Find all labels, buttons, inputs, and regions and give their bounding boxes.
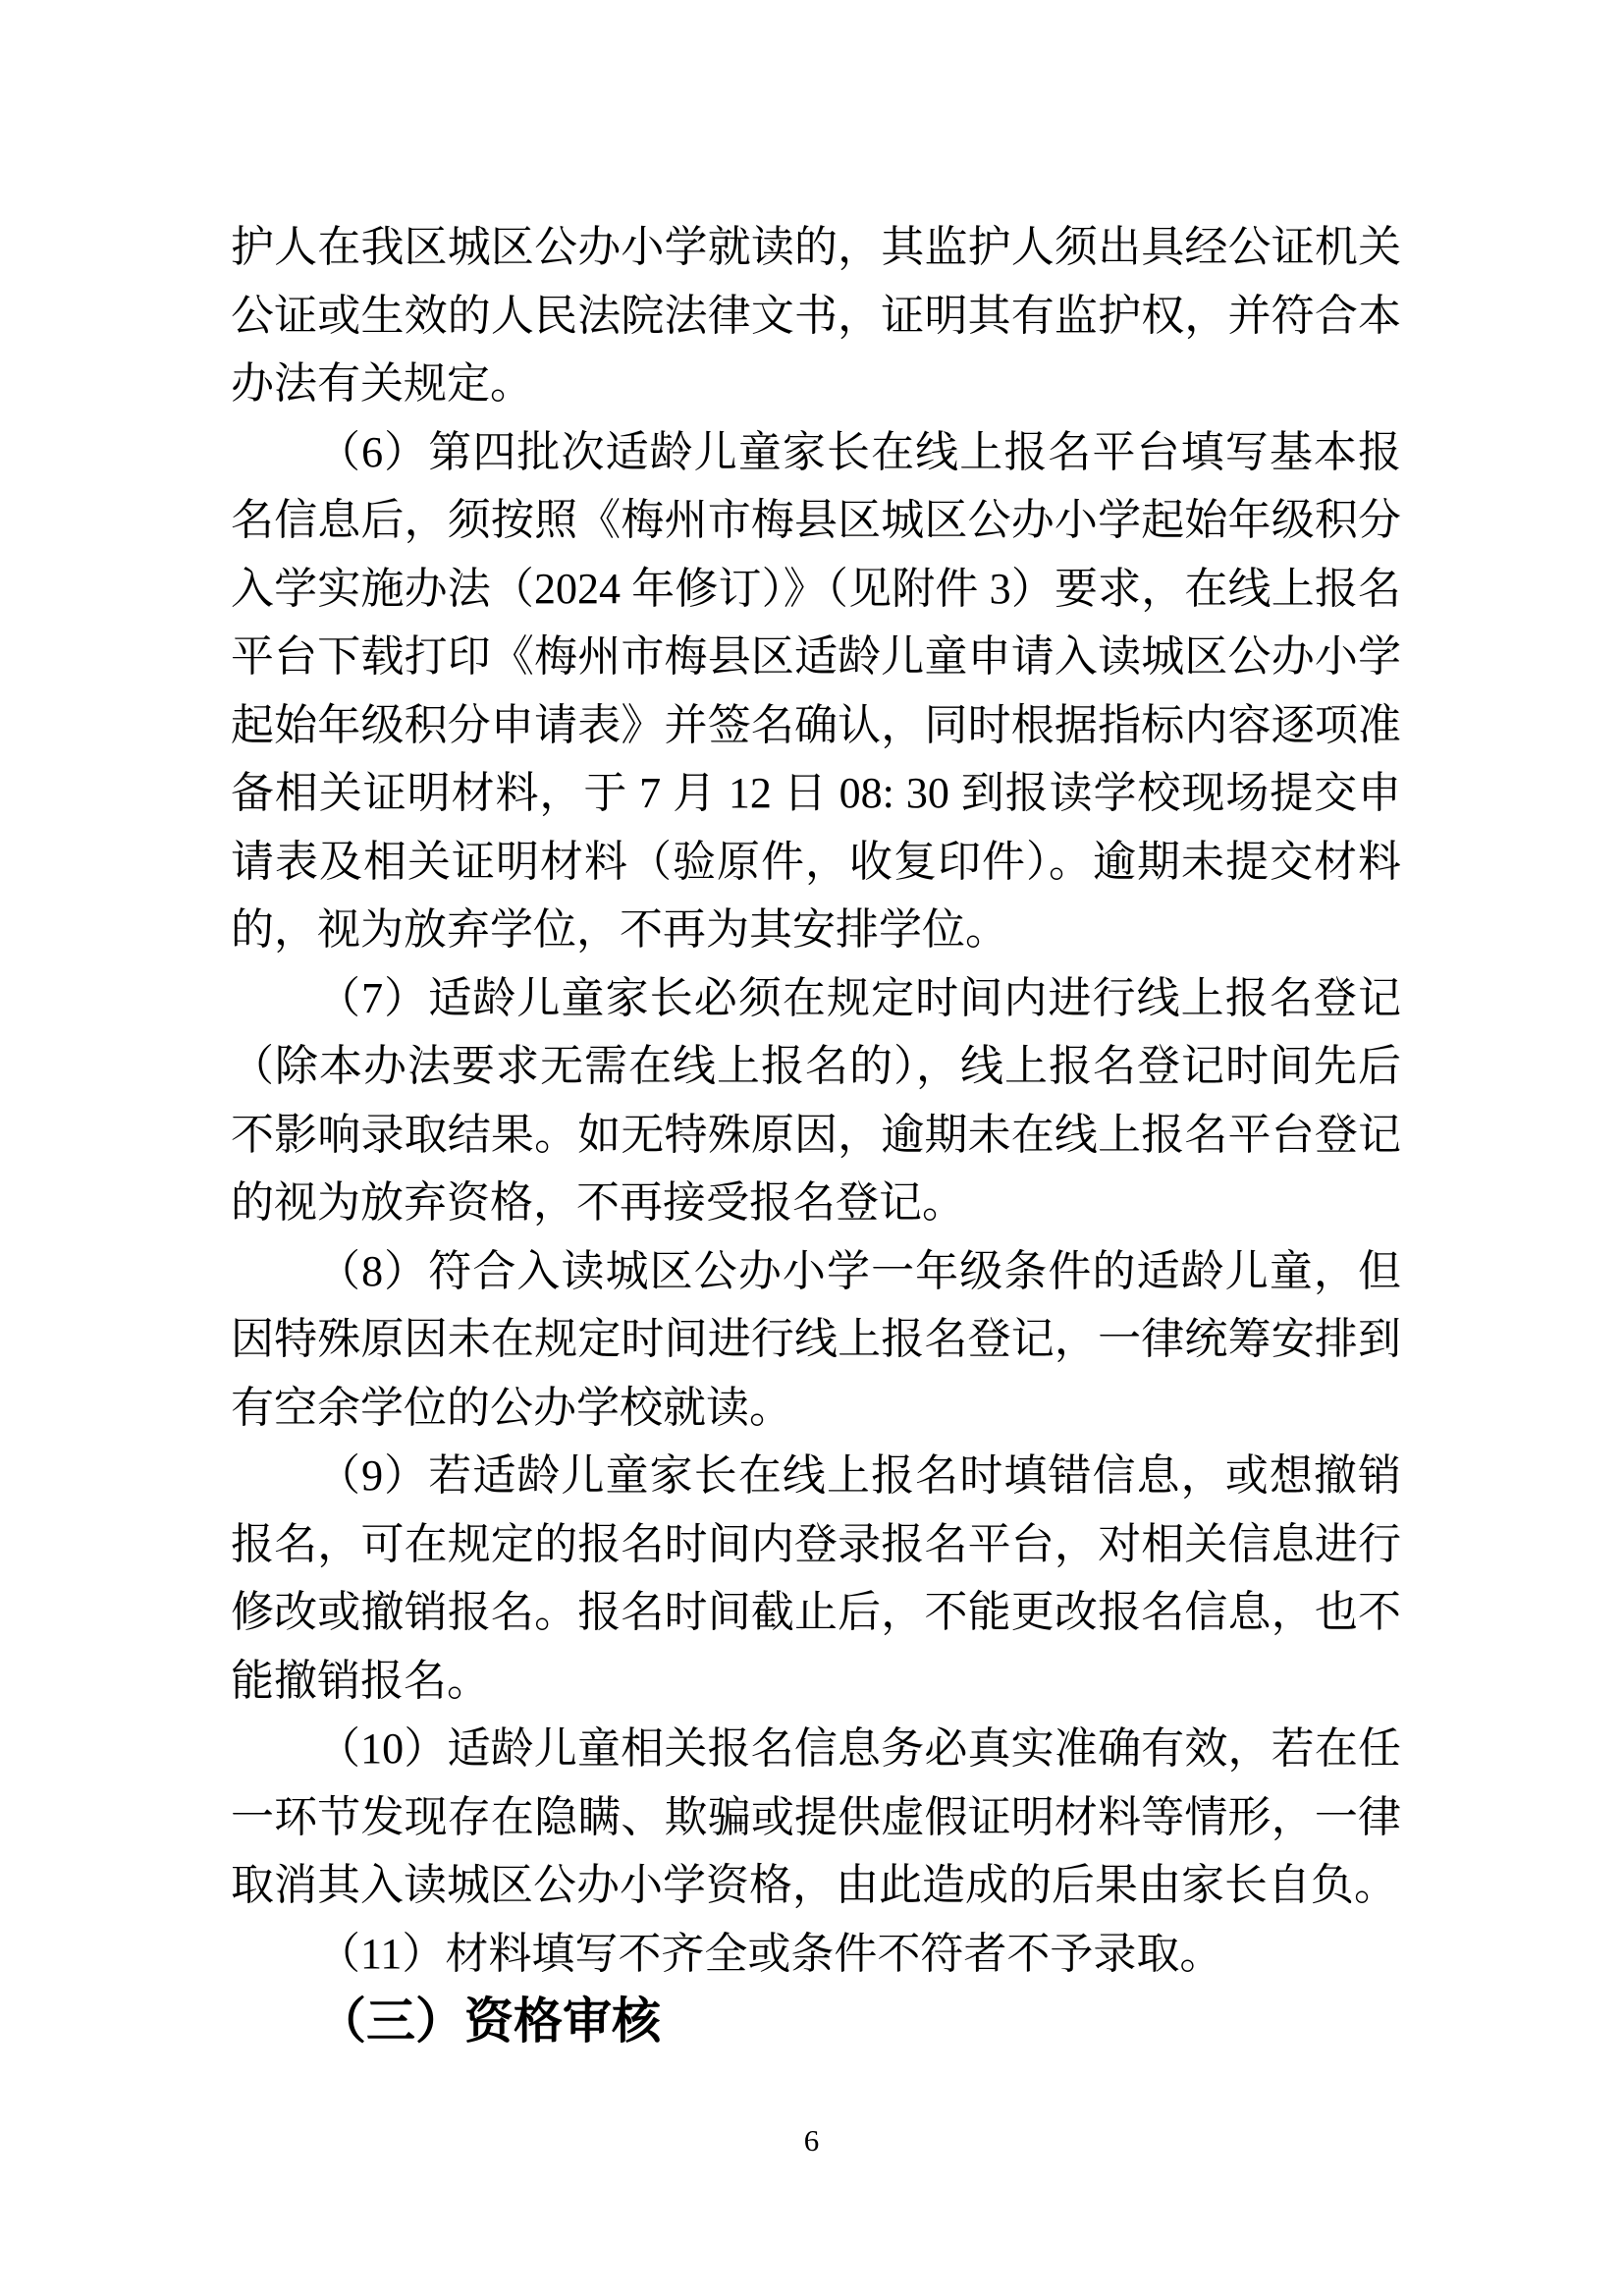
text-line: 报名，可在规定的报名时间内登录报名平台，对相关信息进行 [231,1510,1401,1579]
text-line: 的视为放弃资格，不再接受报名登记。 [231,1169,1401,1237]
text-line: （6）第四批次适龄儿童家长在线上报名平台填写基本报 [231,418,1401,487]
text-line: 有空余学位的公办学校就读。 [231,1374,1401,1443]
text-line: 起始年级积分申请表》并签名确认，同时根据指标内容逐项准 [231,691,1401,760]
text-line: 平台下载打印《梅州市梅县区适龄儿童申请入读城区公办小学 [231,623,1401,691]
text-line: 的，视为放弃学位，不再为其安排学位。 [231,896,1401,964]
text-line: （9）若适龄儿童家长在线上报名时填错信息，或想撤销 [231,1442,1401,1510]
text-line: 能撤销报名。 [231,1647,1401,1716]
document-body: 护人在我区城区公办小学就读的，其监护人须出具经公证机关公证或生效的人民法院法律文… [231,213,1401,2056]
text-line: 入学实施办法（2024 年修订）》（见附件 3）要求，在线上报名 [231,555,1401,624]
text-line: 办法有关规定。 [231,350,1401,418]
text-line: 名信息后，须按照《梅州市梅县区城区公办小学起始年级积分 [231,486,1401,555]
text-line: 因特殊原因未在规定时间进行线上报名登记，一律统筹安排到 [231,1305,1401,1374]
text-line: （7）适龄儿童家长必须在规定时间内进行线上报名登记 [231,964,1401,1033]
text-line: 取消其入读城区公办小学资格，由此造成的后果由家长自负。 [231,1851,1401,1920]
document-page: 护人在我区城区公办小学就读的，其监护人须出具经公证机关公证或生效的人民法院法律文… [0,0,1623,2296]
text-line: 公证或生效的人民法院法律文书，证明其有监护权，并符合本 [231,282,1401,351]
text-line: （8）符合入读城区公办小学一年级条件的适龄儿童，但 [231,1237,1401,1306]
section-heading: （三）资格审核 [231,1988,1401,2056]
text-line: 一环节发现存在隐瞒、欺骗或提供虚假证明材料等情形，一律 [231,1783,1401,1852]
text-line: 请表及相关证明材料（验原件，收复印件）。逾期未提交材料 [231,828,1401,897]
text-line: （11）材料填写不齐全或条件不符者不予录取。 [231,1920,1401,1989]
text-line: 修改或撤销报名。报名时间截止后，不能更改报名信息，也不 [231,1578,1401,1647]
text-line: （除本办法要求无需在线上报名的），线上报名登记时间先后 [231,1032,1401,1101]
text-line: 不影响录取结果。如无特殊原因，逾期未在线上报名平台登记 [231,1101,1401,1170]
text-line: 备相关证明材料，于 7 月 12 日 08: 30 到报读学校现场提交申 [231,759,1401,828]
text-line: 护人在我区城区公办小学就读的，其监护人须出具经公证机关 [231,213,1401,282]
page-number: 6 [0,2124,1623,2158]
text-line: （10）适龄儿童相关报名信息务必真实准确有效，若在任 [231,1715,1401,1783]
